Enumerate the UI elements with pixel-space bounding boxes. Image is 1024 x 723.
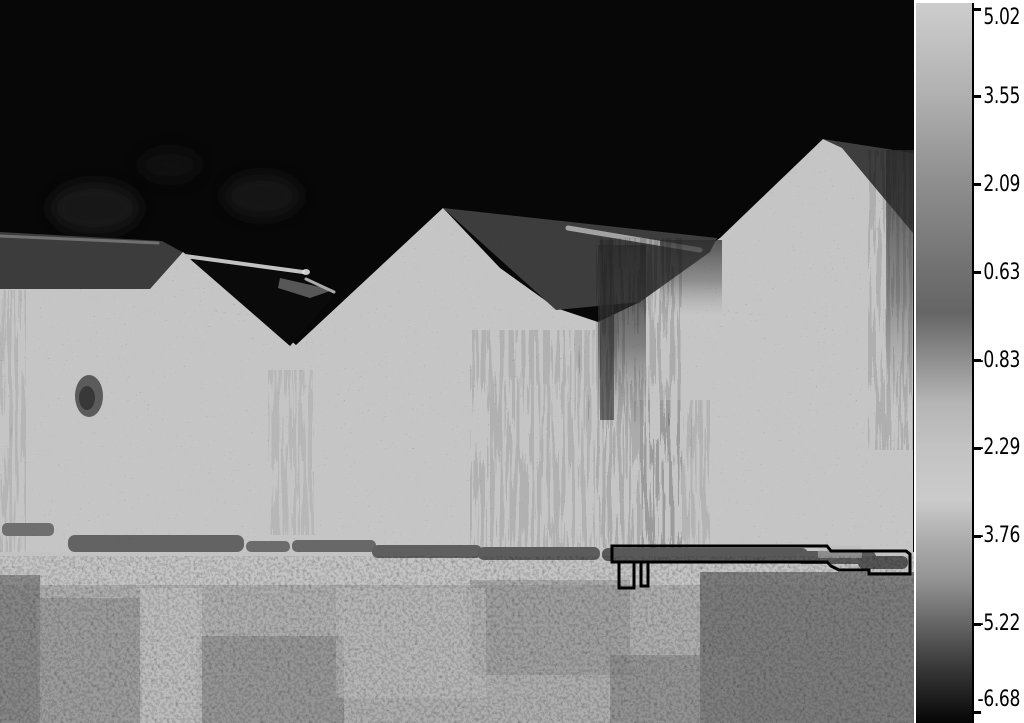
figure-canvas: 5.023.552.090.63-0.83-2.29-3.76-5.22-6.6…	[0, 0, 1024, 723]
colorbar-label: -6.68	[973, 689, 1020, 711]
colorbar-label: 0.63	[973, 262, 1020, 284]
colorbar-label: -3.76	[973, 525, 1020, 547]
colorbar-label: -2.29	[973, 437, 1020, 459]
colorbar-label: 2.09	[973, 174, 1020, 196]
colorbar-gradient	[916, 3, 974, 723]
colorbar-label: -0.83	[973, 350, 1020, 372]
colorbar-label: 3.55	[973, 86, 1020, 108]
image-noise	[0, 0, 914, 723]
thermal-image-svg	[0, 0, 914, 723]
colorbar-label: -5.22	[973, 613, 1020, 635]
colorbar-label: 5.02	[973, 7, 1020, 29]
